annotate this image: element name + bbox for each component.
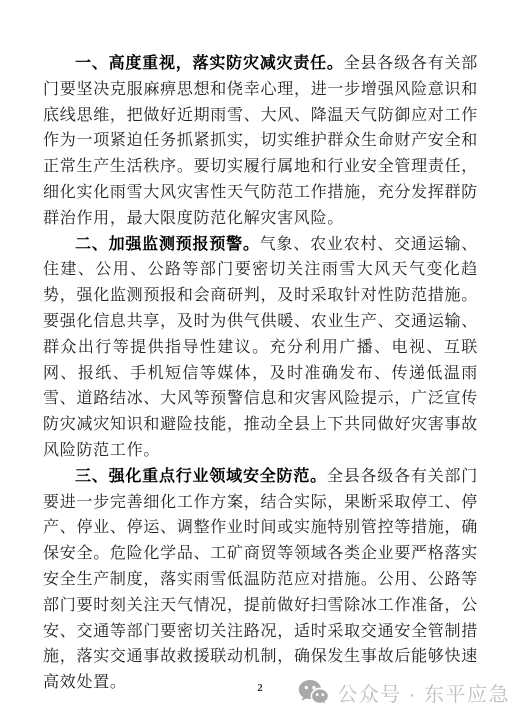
paragraph-1-text: 全县各级各有关部门要坚决克服麻痹思想和侥幸心理，进一步增强风险意识和底线思维，把… xyxy=(43,55,478,227)
paragraph-3: 三、强化重点行业领域安全防范。全县各级各有关部门要进一步完善细化工作方案，结合实… xyxy=(43,464,478,696)
paragraph-3-heading: 三、强化重点行业领域安全防范。 xyxy=(75,468,327,485)
paragraph-2-heading: 二、加强监测预报预警。 xyxy=(75,236,260,253)
document-page: 一、高度重视，落实防灾减灾责任。全县各级各有关部门要坚决克服麻痹思想和侥幸心理，… xyxy=(0,0,520,715)
paragraph-3-text: 全县各级各有关部门要进一步完善细化工作方案，结合实际，果断采取停工、停产、停业、… xyxy=(43,468,478,691)
paragraph-1-heading: 一、高度重视，落实防灾减灾责任。 xyxy=(75,55,344,72)
document-body: 一、高度重视，落实防灾减灾责任。全县各级各有关部门要坚决克服麻痹思想和侥幸心理，… xyxy=(43,51,478,696)
paragraph-1: 一、高度重视，落实防灾减灾责任。全县各级各有关部门要坚决克服麻痹思想和侥幸心理，… xyxy=(43,51,478,232)
wechat-icon xyxy=(298,679,329,707)
paragraph-2-text: 气象、农业农村、交通运输、住建、公用、公路等部门要密切关注雨雪大风天气变化趋势，… xyxy=(43,236,478,459)
watermark: 公众号 · 东平应急 xyxy=(298,678,510,707)
paragraph-2: 二、加强监测预报预警。气象、农业农村、交通运输、住建、公用、公路等部门要密切关注… xyxy=(43,232,478,464)
watermark-label: 公众号 · 东平应急 xyxy=(337,678,510,707)
